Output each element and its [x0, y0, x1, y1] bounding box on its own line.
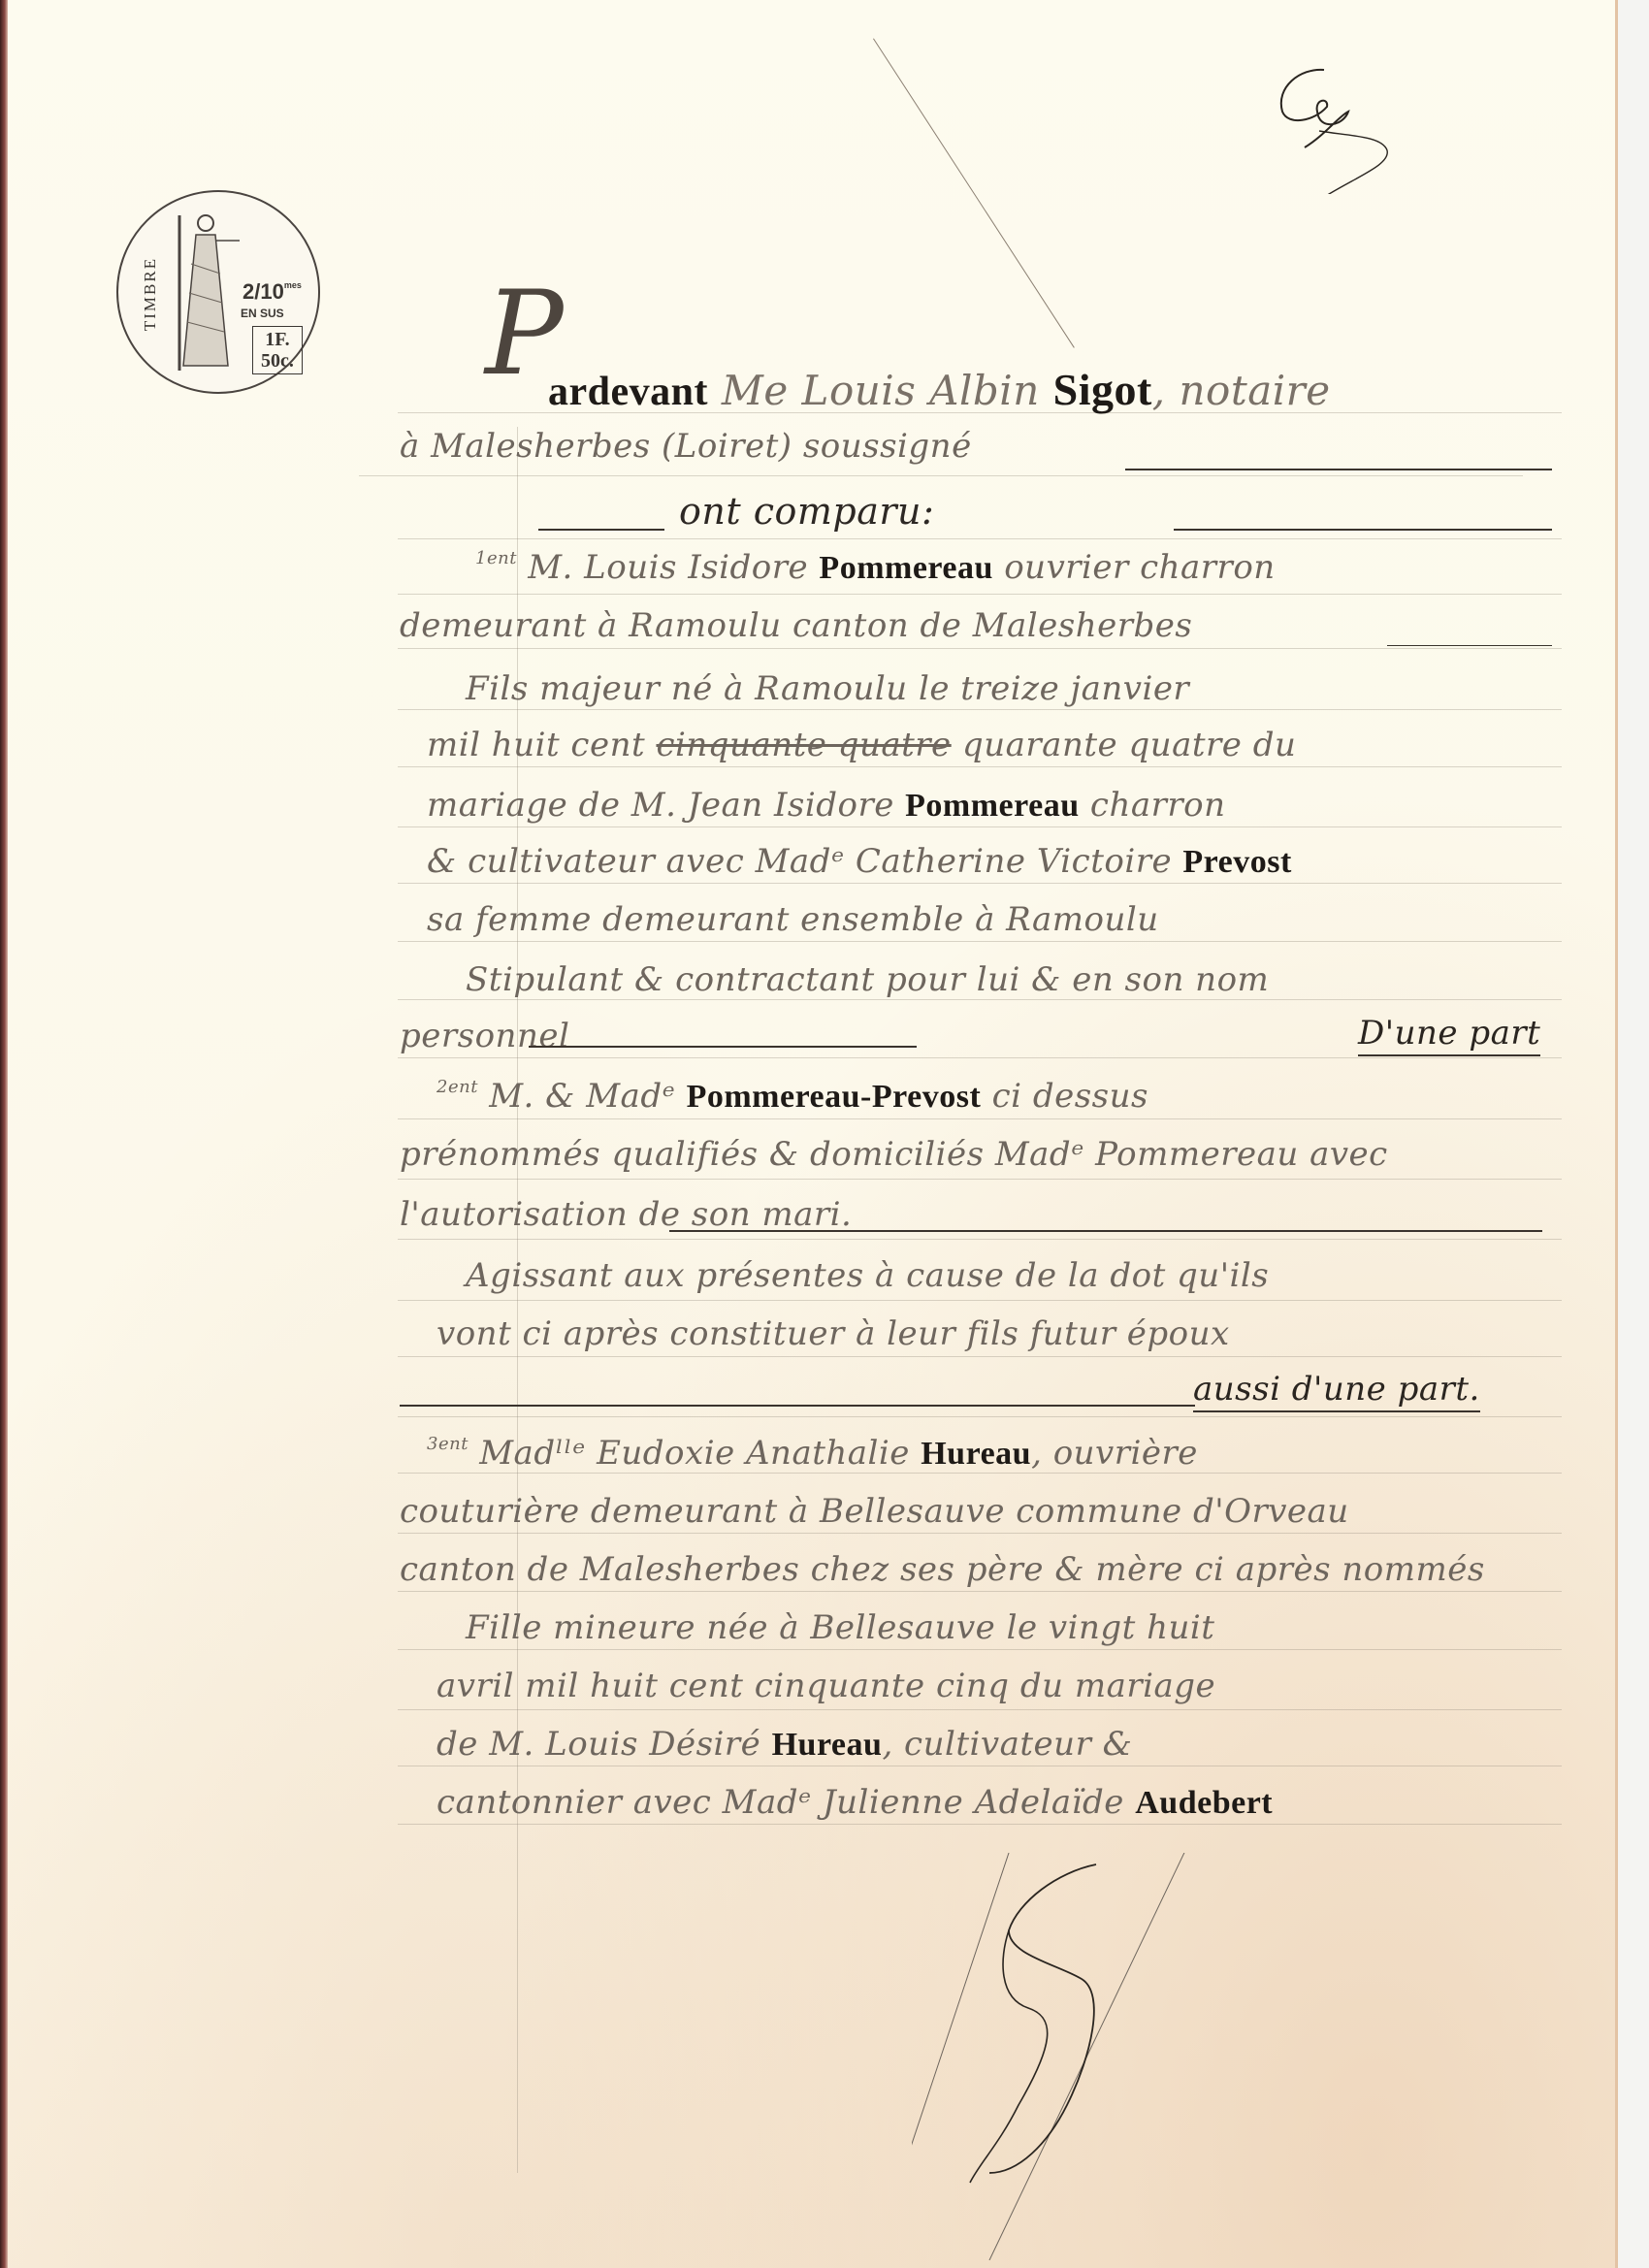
- text-line-5: demeurant à Ramoulu canton de Malesherbe…: [400, 606, 1192, 645]
- justice-figure-icon: [172, 206, 240, 378]
- text-line-6: Fils majeur né à Ramoulu le treize janvi…: [466, 669, 1189, 708]
- ruled-line: [398, 1057, 1562, 1058]
- ruled-line: [398, 1239, 1562, 1240]
- ruled-line: [398, 1766, 1562, 1766]
- text-line-15: l'autorisation de son mari.: [400, 1195, 852, 1234]
- ruled-line: [398, 1300, 1562, 1301]
- text-line-8: mariage de M. Jean Isidore Pommereau cha…: [427, 786, 1226, 825]
- paraph-icon: [1271, 58, 1416, 194]
- text-line-21: canton de Malesherbes chez ses père & mè…: [400, 1550, 1485, 1589]
- text-line-12: personnel: [400, 1017, 569, 1055]
- ruled-line: [398, 538, 1562, 539]
- fill-line: [400, 1405, 1195, 1407]
- text-line-2: à Malesherbes (Loiret) soussigné: [400, 427, 972, 466]
- ruled-line: [359, 475, 1523, 476]
- revenue-stamp: TIMBRE 2/10mes EN SUS 1F. 50c.: [116, 190, 320, 394]
- ruled-line: [398, 1709, 1562, 1710]
- ruled-line: [398, 1118, 1562, 1119]
- text-line-3: ont comparu:: [679, 490, 934, 533]
- text-line-23: avril mil huit cent cinquante cinq du ma…: [436, 1667, 1215, 1705]
- text-line-22: Fille mineure née à Bellesauve le vingt …: [466, 1608, 1214, 1647]
- fill-line: [669, 1230, 1542, 1232]
- text-line-14: prénommés qualifiés & domiciliés Madᵉ Po…: [400, 1135, 1388, 1174]
- text-line-11: Stipulant & contractant pour lui & en so…: [466, 960, 1269, 999]
- party-one-label: D'une part: [1358, 1014, 1540, 1053]
- text-line-4: 1ent M. Louis Isidore Pommereau ouvrier …: [475, 548, 1276, 587]
- ruled-line: [398, 1416, 1562, 1417]
- text-line-20: couturière demeurant à Bellesauve commun…: [400, 1492, 1349, 1531]
- stamp-label: TIMBRE: [141, 250, 160, 338]
- ruled-line: [398, 1649, 1562, 1650]
- text-line-16: Agissant aux présentes à cause de la dot…: [466, 1256, 1269, 1295]
- fill-line: [538, 529, 664, 531]
- ruled-line: [398, 999, 1562, 1000]
- ruled-line: [398, 1591, 1562, 1592]
- text-line-1: ardevant Me Louis Albin Sigot, notaire: [548, 364, 1331, 415]
- text-line-10: sa femme demeurant ensemble à Ramoulu: [427, 900, 1159, 939]
- stamp-surcharge: 2/10mes: [242, 281, 302, 303]
- text-line-7: mil huit cent cinquante quatre quarante …: [427, 726, 1296, 764]
- ruled-line: [398, 709, 1562, 710]
- stamp-price: 1F. 50c.: [252, 326, 303, 374]
- ruled-line: [398, 1473, 1562, 1474]
- text-line-25: cantonnier avec Madᵉ Julienne Adelaïde A…: [436, 1783, 1273, 1822]
- ruled-line: [398, 1356, 1562, 1357]
- document-page: TIMBRE 2/10mes EN SUS 1F. 50c. P ardevan…: [0, 0, 1618, 2268]
- paraph-signature-icon: [912, 1853, 1203, 2260]
- fill-line: [1125, 469, 1552, 470]
- text-line-17: vont ci après constituer à leur fils fut…: [436, 1314, 1230, 1353]
- fill-line: [1387, 645, 1552, 646]
- ruled-line: [398, 648, 1562, 649]
- diagonal-pen-line: [873, 38, 1075, 347]
- ruled-line: [398, 594, 1562, 595]
- ruled-line: [398, 826, 1562, 827]
- ruled-line: [398, 1179, 1562, 1180]
- ruled-line: [398, 883, 1562, 884]
- text-line-9: & cultivateur avec Madᵉ Catherine Victoi…: [427, 842, 1292, 881]
- fill-line: [1174, 529, 1552, 531]
- text-line-13: 2ent M. & Madᵉ Pommereau-Prevost ci dess…: [436, 1077, 1148, 1116]
- ruled-line: [398, 766, 1562, 767]
- ruled-line: [398, 1533, 1562, 1534]
- text-line-19: 3ent Madˡˡᵉ Eudoxie Anathalie Hureau, ou…: [427, 1434, 1198, 1473]
- ruled-line: [398, 1824, 1562, 1825]
- text-line-24: de M. Louis Désiré Hureau, cultivateur &: [436, 1725, 1132, 1764]
- binding-edge: [0, 0, 8, 2268]
- ruled-line: [398, 941, 1562, 942]
- stamp-surcharge-text: EN SUS: [241, 307, 284, 320]
- party-two-label: aussi d'une part.: [1193, 1370, 1480, 1409]
- fill-line: [529, 1046, 917, 1048]
